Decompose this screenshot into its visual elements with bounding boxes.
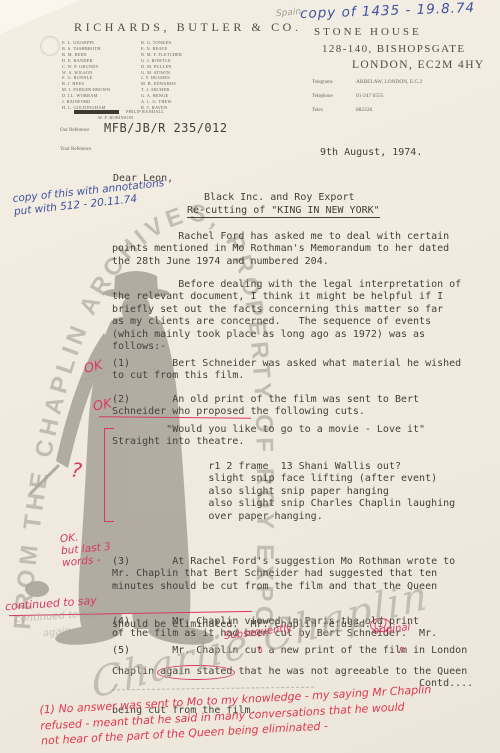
question-mark-annotation: ?: [69, 457, 83, 482]
address-building: STONE HOUSE: [314, 26, 422, 38]
cuts-list: r1 2 frame 13 Shani Wallis out? slight s…: [112, 461, 455, 523]
red-margin-bracket: [104, 428, 114, 522]
page-corner-crease: [0, 0, 80, 34]
telegrams-value: ARBELAW, LONDON, E.C.2: [356, 79, 422, 85]
our-reference-label: Our Reference: [60, 128, 89, 133]
item-2: (2) An old print of the film was sent to…: [112, 394, 419, 419]
subject-line-1: Black Inc. and Roy Export: [204, 192, 355, 204]
paragraph-1: Rachel Ford has asked me to deal with ce…: [112, 231, 449, 268]
blue-note-left: copy of this with annotationsput with 51…: [12, 177, 166, 219]
caret-1: ∧: [257, 645, 264, 655]
caret-2: ∧: [398, 645, 405, 655]
ok-annotation-2: OK: [92, 396, 113, 414]
punch-hole: [40, 36, 60, 56]
contact-block: TelegramsARBELAW, LONDON, E.C.2 Telephon…: [312, 74, 422, 116]
telephone-label: Telephone: [312, 92, 356, 102]
item-1: (1) Bert Schneider was asked what materi…: [112, 358, 461, 383]
letter-page: FROM THE CHAPLIN ARCHIVES, PROPERTY OF R…: [0, 0, 500, 753]
your-reference-label: Your Reference: [60, 147, 91, 152]
pencil-ghost-again: again: [43, 626, 72, 640]
telegrams-label: Telegrams: [312, 78, 356, 88]
ok-but-last-3-words-note: OK.but last 3words -: [60, 529, 113, 569]
telex-label: Telex: [312, 106, 356, 116]
staff-name-randall: PHILIP RANDALL: [126, 109, 164, 115]
list-line: B. M. F. FLETCHER: [141, 52, 182, 58]
telephone-value: 01-247 6555: [356, 93, 383, 99]
address-street: 128-140, BISHOPSGATE: [322, 43, 466, 55]
letter-date: 9th August, 1974.: [320, 147, 422, 159]
paragraph-2: Before dealing with the legal interpreta…: [112, 279, 461, 353]
quote-block: "Would you like to go to a movie - Love …: [112, 424, 425, 449]
our-reference-value: MFB/JB/R 235/012: [104, 122, 228, 134]
partners-column-left: E. L. GIUSEPPIB. S. TASHBROTHB. M. REEDD…: [62, 40, 110, 111]
address-city: LONDON, EC2M 4HY: [352, 59, 485, 71]
redacted-name-bar: [74, 110, 119, 114]
telex-value: 882228: [356, 107, 372, 113]
blue-note-top-right: copy of 1435 - 19.8.74: [300, 0, 476, 22]
partners-column-right: B. G. TONKENE. N. REAVEB. M. F. FLETCHER…: [141, 40, 182, 111]
firm-name: RICHARDS, BUTLER & CO.: [74, 20, 302, 35]
subject-line-2: Re-cutting of "KING IN NEW YORK": [187, 205, 380, 217]
